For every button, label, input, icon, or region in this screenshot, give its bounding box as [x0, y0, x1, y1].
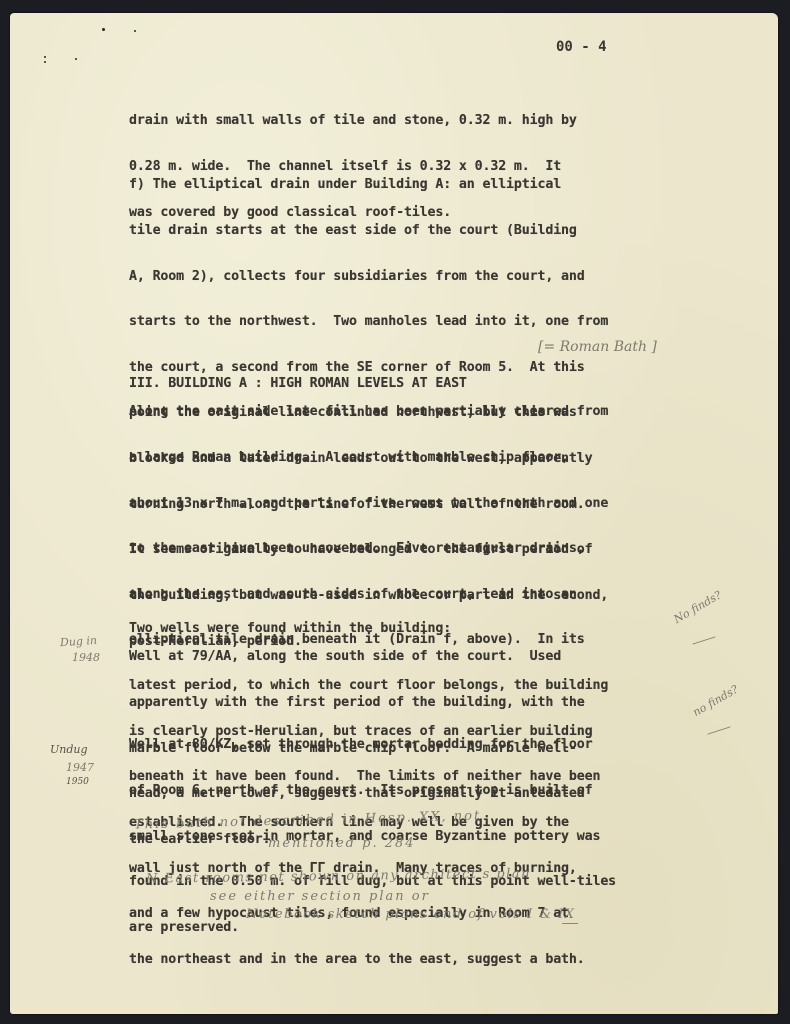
margin-note-year: 1950 [66, 777, 89, 787]
margin-note-no-finds: no finds? [691, 683, 741, 719]
text-line: starts to the northwest. Two manholes le… [129, 314, 608, 329]
text-line: tile drain starts at the east side of th… [129, 223, 608, 238]
text-line: f) The elliptical drain under Building A… [129, 177, 608, 192]
margin-note-no-finds: No finds? [672, 588, 724, 626]
text-line: Well at 79/AA, along the south side of t… [129, 649, 585, 664]
bottom-note-hesperia-page: mentioned p. 284 [268, 836, 416, 851]
bottom-note-section-plan: see either section plan or [210, 889, 430, 904]
paper-speck [44, 56, 46, 58]
text-line: to the east have been uncovered. Five re… [129, 541, 608, 556]
text-line: drain with small walls of tile and stone… [129, 113, 577, 128]
paper-speck [102, 28, 105, 31]
handwritten-underline [692, 636, 715, 644]
text-line: are preserved. [129, 920, 616, 935]
margin-note-undug: Undug [50, 743, 88, 756]
text-line: about 13 x 7 m., and parts of five rooms… [129, 496, 608, 511]
text-line: Along the east side late fill has been p… [129, 404, 608, 419]
text-line: of Room 6, north of the court. Its prese… [129, 783, 616, 798]
margin-note-year: 1947 [66, 761, 94, 774]
text-line: A, Room 2), collects four subsidiaries f… [129, 269, 608, 284]
bottom-note-sketch-plans: Notebook sketch plans end of vols I & IX [246, 907, 576, 922]
margin-note-year: 1948 [72, 651, 100, 664]
handwritten-underline [707, 726, 730, 734]
paper-speck [75, 58, 77, 60]
paper-speck [44, 61, 46, 63]
page-number: 00 - 4 [556, 39, 607, 55]
document-page: 00 - 4 drain with small walls of tile an… [10, 13, 778, 1014]
handwritten-underline [562, 923, 578, 924]
text-line: Well at 80/KZ, set through the mortar be… [129, 737, 616, 752]
paper-speck [134, 30, 136, 32]
text-line: a large Roman building. A court with mar… [129, 450, 608, 465]
handwritten-roman-bath-note: [= Roman Bath ] [538, 339, 657, 355]
margin-note-dug-in: Dug in [60, 634, 98, 650]
